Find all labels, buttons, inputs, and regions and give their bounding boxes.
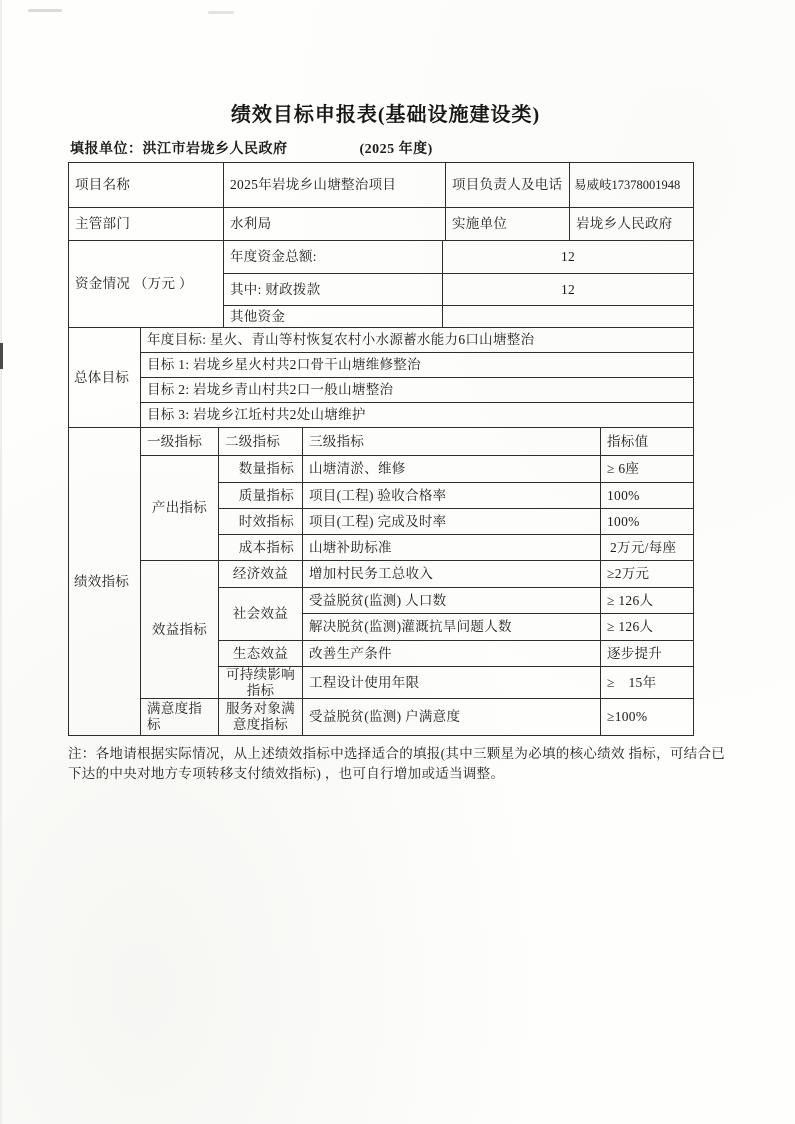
footnote: 注：各地请根据实际情况，从上述绩效指标中选择适合的填报(其中三颗星为必填的核心绩… <box>68 744 732 785</box>
funding-total-label: 年度资金总额: <box>224 241 443 274</box>
funding-section-label: 资金情况 （万元 ） <box>69 241 224 328</box>
perf-row-social1-value: ≥ 126人 <box>601 588 694 614</box>
perf-row-timeliness-label: 时效指标 <box>219 509 303 535</box>
perf-row-social2-indicator: 解决脱贫(监测)灌溉抗旱问题人数 <box>303 614 601 641</box>
perf-group-service: 服务对象满意度指标 <box>219 699 303 736</box>
impl-unit-value: 岩垅乡人民政府 <box>570 208 694 241</box>
project-name-value: 2025年岩垅乡山塘整治项目 <box>224 163 446 208</box>
scan-artifact <box>0 0 2 1124</box>
funding-other-value <box>443 306 694 328</box>
overall-goal-1: 目标 1: 岩垅乡星火村共2口骨干山塘维修整治 <box>141 353 694 378</box>
perf-row-ecological-label: 生态效益 <box>219 641 303 667</box>
perf-header-value: 指标值 <box>601 428 694 456</box>
scanned-document-page: 绩效目标申报表(基础设施建设类) 填报单位：洪江市岩垅乡人民政府(2025 年度… <box>0 0 795 1124</box>
funding-fiscal-label: 其中: 财政拨款 <box>224 274 443 306</box>
funding-other-label: 其他资金 <box>224 306 443 328</box>
perf-row-cost-label: 成本指标 <box>219 535 303 561</box>
application-form-table: 项目名称 2025年岩垅乡山塘整治项目 项目负责人及电话 易威岐17378001… <box>68 162 694 736</box>
project-leader-value: 易威岐17378001948 <box>570 163 694 208</box>
scan-artifact <box>208 11 234 14</box>
perf-group-satisfaction: 满意度指标 <box>141 699 219 736</box>
perf-row-ecological-value: 逐步提升 <box>601 641 694 667</box>
perf-row-ecological-indicator: 改善生产条件 <box>303 641 601 667</box>
filing-unit-label: 填报单位： <box>70 142 143 157</box>
overall-goal-section-label: 总体目标 <box>69 328 141 428</box>
perf-row-cost-value: 2万元/每座 <box>601 535 694 561</box>
page-title: 绩效目标申报表(基础设施建设类) <box>0 98 795 127</box>
perf-row-quantity-label: 数量指标 <box>219 456 303 483</box>
perf-header-level2: 二级指标 <box>219 428 303 456</box>
project-leader-label: 项目负责人及电话 <box>446 163 570 208</box>
perf-header-level3: 三级指标 <box>303 428 601 456</box>
overall-goal-3: 目标 3: 岩垅乡江坵村共2处山塘维护 <box>141 403 694 428</box>
perf-row-social2-value: ≥ 126人 <box>601 614 694 641</box>
impl-unit-label: 实施单位 <box>446 208 570 241</box>
perf-row-satisfaction-indicator: 受益脱贫(监测) 户满意度 <box>303 699 601 736</box>
overall-goal-2: 目标 2: 岩垅乡青山村共2口一般山塘整治 <box>141 378 694 403</box>
perf-section-label: 绩效指标 <box>69 428 141 736</box>
perf-row-timeliness-indicator: 项目(工程) 完成及时率 <box>303 509 601 535</box>
scan-artifact <box>0 343 3 369</box>
overall-annual-goal: 年度目标: 星火、青山等村恢复农村小水源蓄水能力6口山塘整治 <box>141 328 694 353</box>
perf-row-economic-indicator: 增加村民务工总收入 <box>303 561 601 588</box>
perf-row-sustain-indicator: 工程设计使用年限 <box>303 667 601 699</box>
perf-row-cost-indicator: 山塘补助标准 <box>303 535 601 561</box>
funding-total-value: 12 <box>443 241 694 274</box>
department-value: 水利局 <box>224 208 446 241</box>
year-label: (2025 年度) <box>360 142 433 157</box>
perf-group-benefit: 效益指标 <box>141 561 219 699</box>
perf-row-quality-label: 质量指标 <box>219 483 303 509</box>
perf-group-output: 产出指标 <box>141 456 219 561</box>
perf-group-social: 社会效益 <box>219 588 303 641</box>
perf-row-economic-label: 经济效益 <box>219 561 303 588</box>
perf-row-sustain-label: 可持续影响指标 <box>219 667 303 699</box>
perf-row-quantity-indicator: 山塘清淤、维修 <box>303 456 601 483</box>
scan-artifact <box>28 9 62 12</box>
perf-row-sustain-value: ≥ 15年 <box>601 667 694 699</box>
filing-unit-line: 填报单位：洪江市岩垅乡人民政府(2025 年度) <box>70 138 433 158</box>
perf-row-quality-indicator: 项目(工程) 验收合格率 <box>303 483 601 509</box>
perf-row-economic-value: ≥2万元 <box>601 561 694 588</box>
perf-row-satisfaction-value: ≥100% <box>601 699 694 736</box>
perf-row-quality-value: 100% <box>601 483 694 509</box>
perf-row-social1-indicator: 受益脱贫(监测) 人口数 <box>303 588 601 614</box>
funding-fiscal-value: 12 <box>443 274 694 306</box>
project-name-label: 项目名称 <box>69 163 224 208</box>
perf-row-quantity-value: ≥ 6座 <box>601 456 694 483</box>
perf-header-level1: 一级指标 <box>141 428 219 456</box>
filing-unit-value: 洪江市岩垅乡人民政府 <box>143 142 288 157</box>
perf-row-timeliness-value: 100% <box>601 509 694 535</box>
department-label: 主管部门 <box>69 208 224 241</box>
